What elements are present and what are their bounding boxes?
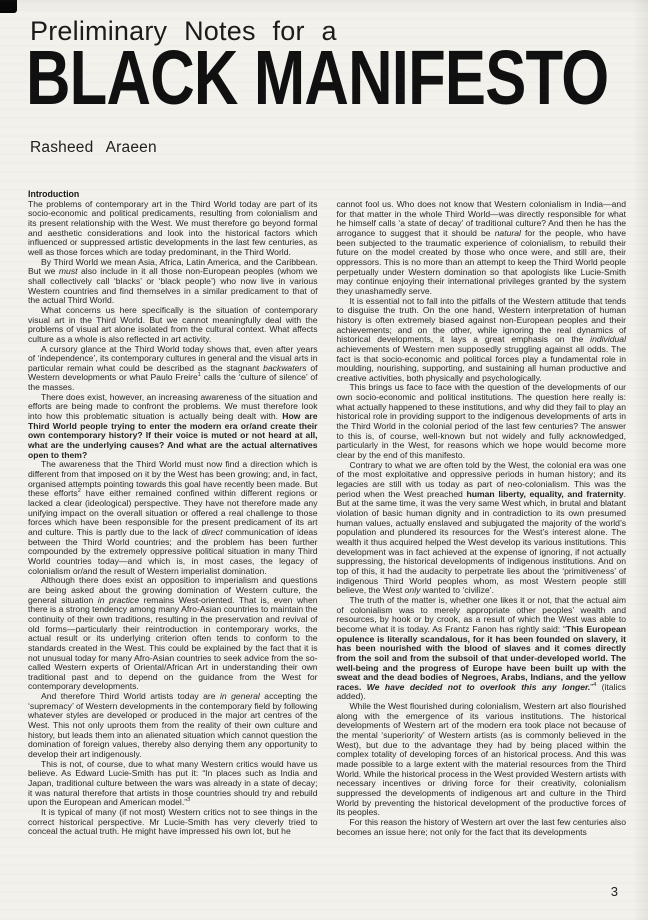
page-number: 3 — [611, 884, 618, 899]
paragraph: The problems of contemporary art in the … — [28, 200, 318, 258]
paragraph: The awareness that the Third World must … — [28, 460, 318, 576]
paragraph: This brings us face to face with the que… — [337, 383, 627, 460]
paragraph: A cursory glance at the Third World toda… — [28, 345, 318, 393]
paragraph: By Third World we mean Asia, Africa, Lat… — [28, 258, 318, 306]
paragraph: While the West flourished during colonia… — [337, 702, 627, 818]
paragraph: It is essential not to fall into the pit… — [337, 297, 627, 384]
author-name: Rasheed Araeen — [30, 139, 157, 157]
scan-corner-mark — [0, 0, 17, 13]
paragraph: What concerns us here specifically is th… — [28, 306, 318, 345]
paragraph: Although there does exist an opposition … — [28, 576, 318, 692]
right-column: cannot fool us. Who does not know that W… — [337, 190, 627, 837]
paragraph: Contrary to what we are often told by th… — [337, 461, 627, 596]
paragraph: It is typical of many (if not most) West… — [28, 808, 318, 837]
paragraph: There does exist, however, an increasing… — [28, 393, 318, 461]
article-body: IntroductionThe problems of contemporary… — [28, 190, 626, 837]
paragraph: This is not, of course, due to what many… — [28, 760, 318, 808]
paragraph: And therefore Third World artists today … — [28, 692, 318, 760]
left-column: IntroductionThe problems of contemporary… — [28, 190, 318, 837]
paragraph: The truth of the matter is, whether one … — [337, 596, 627, 702]
paragraph: cannot fool us. Who does not know that W… — [337, 200, 627, 297]
document-page: Preliminary Notes for a BLACK MANIFESTO … — [0, 0, 648, 920]
paragraph: For this reason the history of Western a… — [337, 818, 627, 837]
document-title: BLACK MANIFESTO — [26, 40, 608, 117]
